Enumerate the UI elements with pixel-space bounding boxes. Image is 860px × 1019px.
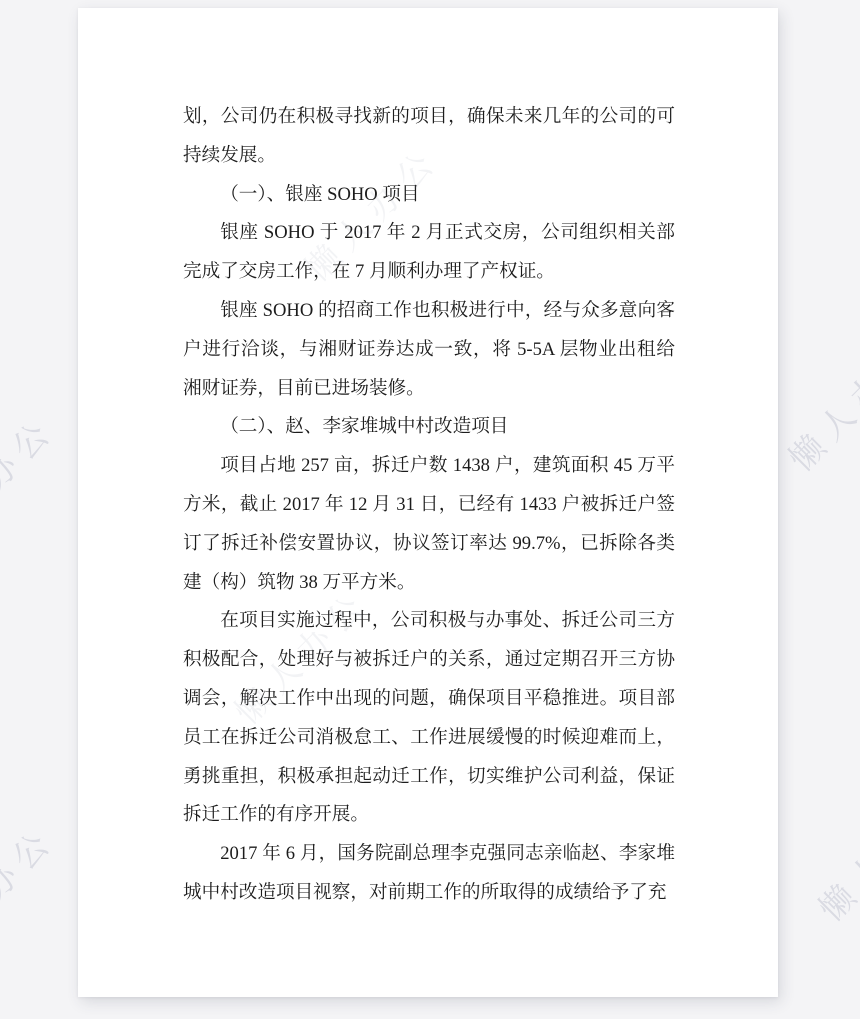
paragraph: 项目占地 257 亩，拆迁户数 1438 户，建筑面积 45 万平方米，截止 2… (183, 447, 675, 602)
document-body: 划，公司仍在积极寻找新的项目，确保未来几年的公司的可持续发展。（一）、银座 SO… (183, 98, 675, 913)
text-line: 划，公司仍在积极寻找新的项目，确保未来几年的公司的可 (183, 98, 675, 137)
text-line: 在项目实施过程中，公司积极与办事处、拆迁公司三方 (183, 602, 675, 641)
watermark-text: 懒人办公 (806, 774, 860, 930)
text-line: 户进行洽谈，与湘财证券达成一致，将 5-5A 层物业出租给 (183, 331, 675, 370)
text-line: 员工在拆迁公司消极怠工、工作进展缓慢的时候迎难而上， (183, 719, 675, 758)
watermark-text: 懒人办公 (0, 814, 64, 970)
document-page: 划，公司仍在积极寻找新的项目，确保未来几年的公司的可持续发展。（一）、银座 SO… (78, 8, 778, 997)
paragraph: 在项目实施过程中，公司积极与办事处、拆迁公司三方积极配合，处理好与被拆迁户的关系… (183, 602, 675, 835)
section-heading: （二）、赵、李家堆城中村改造项目 (183, 408, 675, 447)
text-line: 建（构）筑物 38 万平方米。 (183, 564, 675, 603)
canvas-background: 划，公司仍在积极寻找新的项目，确保未来几年的公司的可持续发展。（一）、银座 SO… (0, 0, 860, 1019)
paragraph: 2017 年 6 月，国务院副总理李克强同志亲临赵、李家堆城中村改造项目视察，对… (183, 835, 675, 913)
text-line: 项目占地 257 亩，拆迁户数 1438 户，建筑面积 45 万平 (183, 447, 675, 486)
text-line: 订了拆迁补偿安置协议，协议签订率达 99.7%，已拆除各类 (183, 525, 675, 564)
text-line: 调会，解决工作中出现的问题，确保项目平稳推进。项目部 (183, 680, 675, 719)
text-line: 拆迁工作的有序开展。 (183, 796, 675, 835)
paragraph: 银座 SOHO 的招商工作也积极进行中，经与众多意向客户进行洽谈，与湘财证券达成… (183, 292, 675, 408)
text-line: 完成了交房工作，在 7 月顺利办理了产权证。 (183, 253, 675, 292)
text-line: 持续发展。 (183, 137, 675, 176)
watermark-text: 懒人办公 (776, 324, 860, 480)
section-heading: （一）、银座 SOHO 项目 (183, 176, 675, 215)
paragraph: 划，公司仍在积极寻找新的项目，确保未来几年的公司的可持续发展。 (183, 98, 675, 176)
text-line: （二）、赵、李家堆城中村改造项目 (183, 408, 675, 447)
text-line: 2017 年 6 月，国务院副总理李克强同志亲临赵、李家堆 (183, 835, 675, 874)
text-line: 银座 SOHO 的招商工作也积极进行中，经与众多意向客 (183, 292, 675, 331)
text-line: 湘财证券，目前已进场装修。 (183, 370, 675, 409)
text-line: 勇挑重担，积极承担起动迁工作，切实维护公司利益，保证 (183, 758, 675, 797)
text-line: 银座 SOHO 于 2017 年 2 月正式交房，公司组织相关部门 (183, 214, 675, 253)
text-line: 方米，截止 2017 年 12 月 31 日，已经有 1433 户被拆迁户签 (183, 486, 675, 525)
text-line: （一）、银座 SOHO 项目 (183, 176, 675, 215)
watermark-text: 懒人办公 (0, 404, 64, 560)
paragraph: 银座 SOHO 于 2017 年 2 月正式交房，公司组织相关部门完成了交房工作… (183, 214, 675, 292)
text-line: 城中村改造项目视察，对前期工作的所取得的成绩给予了充 (183, 874, 675, 913)
text-line: 积极配合，处理好与被拆迁户的关系，通过定期召开三方协 (183, 641, 675, 680)
